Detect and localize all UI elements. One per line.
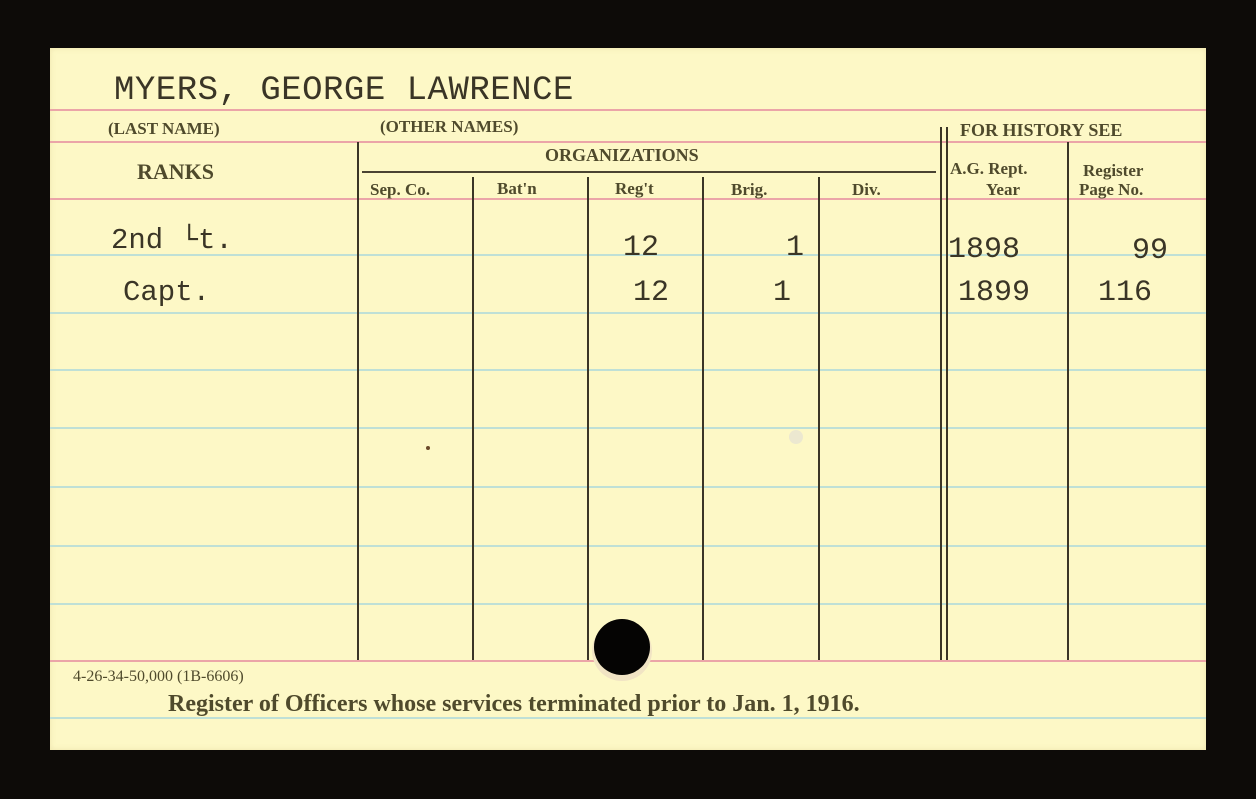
entry-register-page: 99 (1132, 234, 1168, 268)
header-page-no: Page No. (1079, 180, 1143, 200)
rule-row-6 (50, 545, 1206, 547)
rule-row-2 (50, 312, 1206, 314)
label-last-name: (LAST NAME) (108, 119, 220, 139)
entry-regt: 12 (623, 231, 659, 265)
label-other-names: (OTHER NAMES) (380, 117, 518, 137)
entry-ag-year: 1898 (948, 233, 1020, 267)
entry-regt: 12 (633, 276, 669, 310)
header-register: Register (1083, 161, 1143, 181)
entry-rank: 2nd └t. (111, 224, 233, 257)
entry-brig: 1 (773, 276, 791, 310)
rule-row-7 (50, 603, 1206, 605)
paper-smudge (789, 430, 803, 444)
rule-row-3 (50, 369, 1206, 371)
form-number: 4-26-34-50,000 (1B-6606) (73, 668, 244, 686)
entry-rank: Capt. (123, 276, 210, 309)
entry-register-page: 116 (1098, 276, 1152, 310)
header-ag-rept: A.G. Rept. (950, 159, 1027, 179)
divider-history-double-left (940, 127, 942, 660)
organizations-underline (362, 171, 936, 173)
entry-ag-year: 1899 (958, 276, 1030, 310)
officer-name: MYERS, GEORGE LAWRENCE (114, 72, 574, 110)
entry-brig: 1 (786, 231, 804, 265)
divider-batn-regt (587, 177, 589, 660)
divider-ag-register (1067, 142, 1069, 660)
rule-labels-underline (50, 141, 1206, 143)
header-regt: Reg't (615, 179, 654, 199)
header-ag-year: Year (986, 180, 1020, 200)
label-ranks: RANKS (137, 159, 214, 185)
header-batn: Bat'n (497, 179, 537, 199)
rule-row-5 (50, 486, 1206, 488)
rule-row-4 (50, 427, 1206, 429)
divider-history-double-right (946, 127, 948, 660)
label-organizations: ORGANIZATIONS (545, 145, 699, 166)
header-sep-co: Sep. Co. (370, 180, 430, 200)
punch-hole (594, 619, 650, 675)
divider-ranks (357, 142, 359, 660)
divider-regt-brig (702, 177, 704, 660)
header-brig: Brig. (731, 180, 767, 200)
divider-brig-div (818, 177, 820, 660)
header-div: Div. (852, 180, 881, 200)
divider-sepco-batn (472, 177, 474, 660)
ink-speck (426, 446, 430, 450)
footer-title: Register of Officers whose services term… (168, 691, 860, 718)
label-for-history-see: FOR HISTORY SEE (960, 120, 1122, 141)
